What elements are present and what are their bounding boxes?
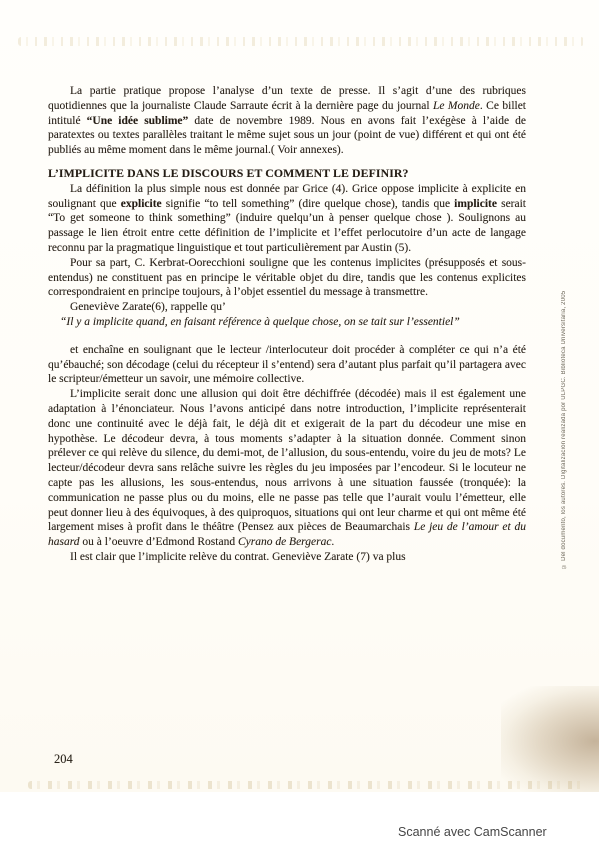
text-run-italic: Cyrano de Bergerac [238,536,331,548]
document-body: La partie pratique propose l’analyse d’u… [48,84,526,565]
paragraph-kerbrat-orecchioni: Pour sa part, C. Kerbrat-Oorecchioni sou… [48,256,526,300]
paragraph-zarate-intro: Geneviève Zarate(6), rappelle qu’ [48,300,526,315]
paragraph-implicite-allusion: L’implicite serait donc une allusion qui… [48,387,526,550]
block-quote-zarate: “Il y a implicite quand, en faisant réfé… [60,315,480,330]
text-run: . [331,536,334,548]
paragraph-contrat: Il est clair que l’implicite relève du c… [48,550,526,565]
text-run-bold: implicite [454,198,497,210]
text-run: ou à l’oeuvre d’Edmond Rostand [80,536,238,548]
scan-artifact-top [18,37,584,46]
page-number: 204 [54,752,73,767]
paragraph-partie-pratique: La partie pratique propose l’analyse d’u… [48,84,526,158]
scanned-page: La partie pratique propose l’analyse d’u… [0,0,599,792]
paragraph-grice-definition: La définition la plus simple nous est do… [48,182,526,256]
paragraph-enchaine: et enchaîne en soulignant que le lecteur… [48,343,526,387]
text-run: L’implicite serait donc une allusion qui… [48,388,526,533]
text-run-bold: explicite [121,198,162,210]
text-run-italic: Le Monde [433,100,480,112]
page-curl-shadow [501,686,599,792]
text-run-bold: “Une idée sublime” [87,115,189,127]
section-heading: L’IMPLICITE DANS LE DISCOURS ET COMMENT … [48,166,526,181]
library-stamp-vertical: © Del documento, los autores. Digitaliza… [561,254,567,569]
camscanner-watermark: Scanné avec CamScanner [398,825,547,839]
scan-artifact-bottom [28,781,586,789]
text-run: signifie “to tell something” (dire quelq… [162,198,455,210]
